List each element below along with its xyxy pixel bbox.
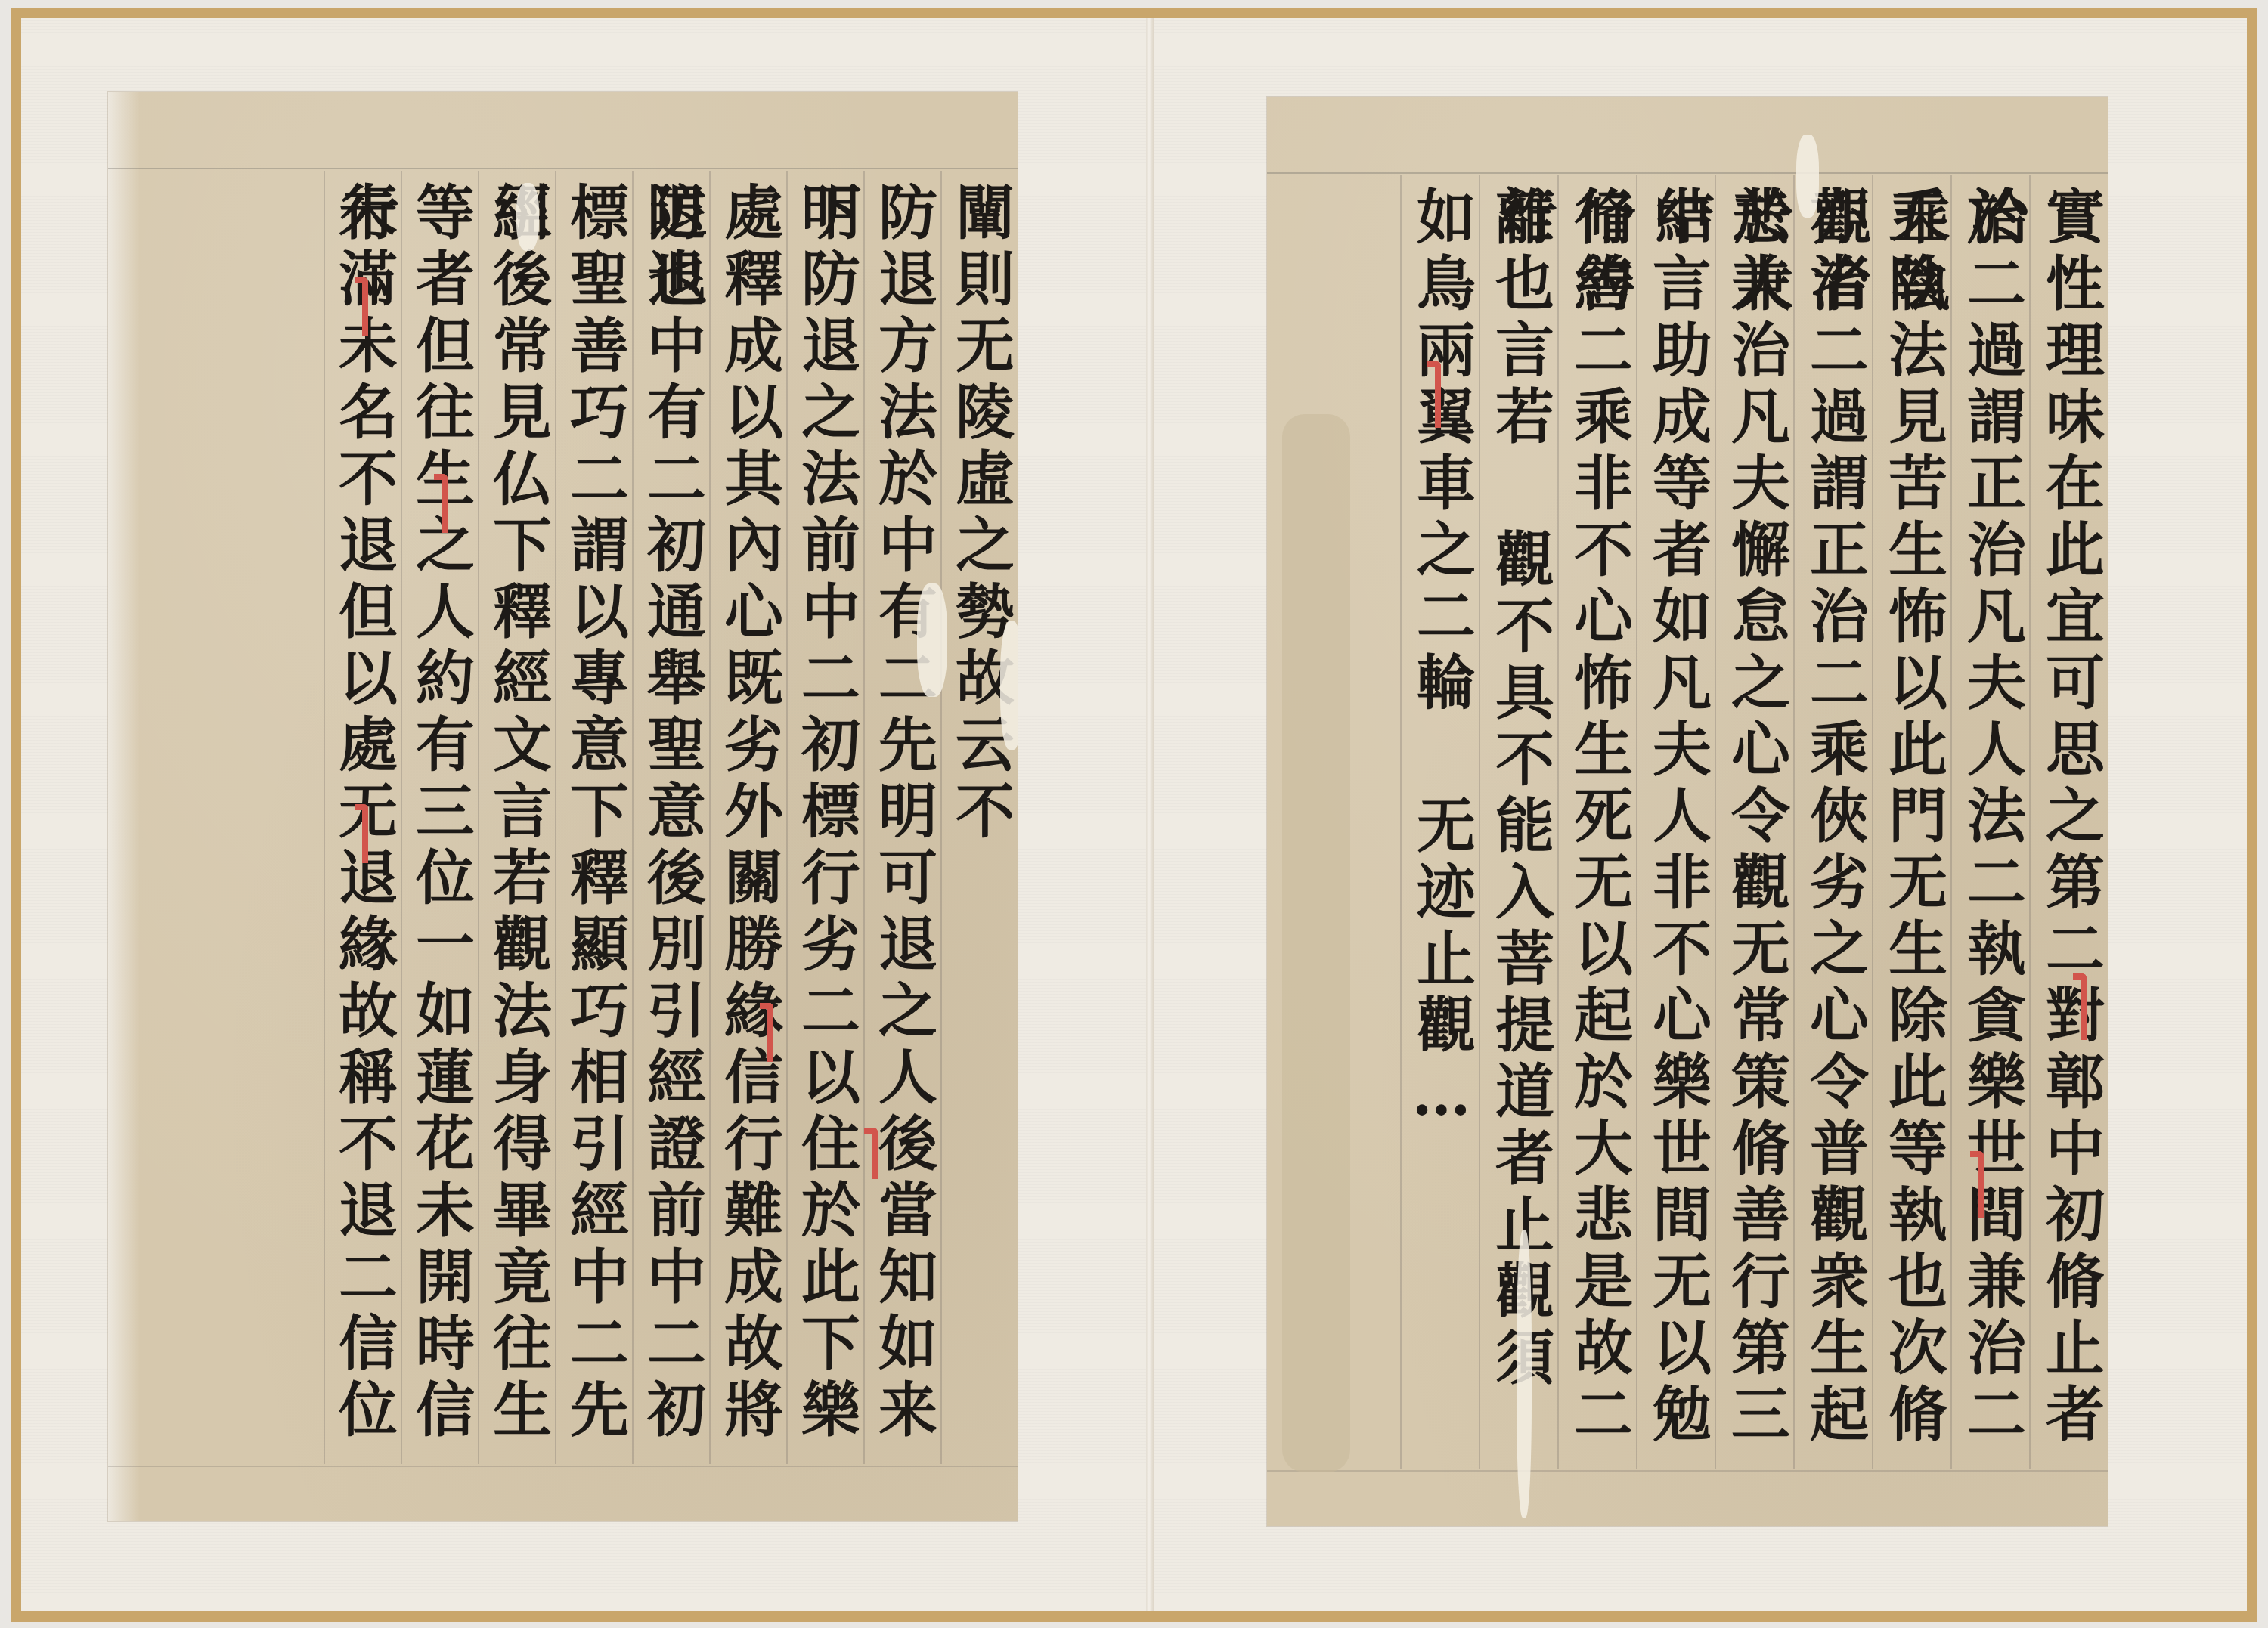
red-punctuation-mark — [355, 804, 368, 863]
paper-damage-stain — [516, 183, 539, 251]
red-punctuation-mark — [2073, 973, 2087, 1040]
text-column-1: 闡則无陵虛之勢故云不 — [940, 171, 1018, 1464]
text-column-4: 亦治二過謂正治二乘俠劣之心令普觀衆生起於大 — [1793, 175, 1872, 1469]
text-columns: 實性理味在此宜可思之第二對鄣中初脩止者治 於二過謂正治凡夫人法二執貪樂世間兼治二… — [1267, 175, 2108, 1469]
left-manuscript-page: 闡則无陵虛之勢故云不 防退方法於中有二先明可退之人後當知如来下 明防退之法前中二… — [108, 92, 1018, 1521]
paper-damage-stain — [1796, 135, 1819, 218]
text-column-3: 明防退之法前中二初標行劣二以住於此下樂 — [786, 171, 863, 1464]
ruled-bottom-line — [108, 1466, 1018, 1467]
text-column-2: 於二過謂正治凡夫人法二執貪樂世間兼治二乘執 — [1950, 175, 2029, 1469]
text-column-7: 經後常見仏下釋經文言若觀法身得畢竟往生 — [478, 171, 555, 1464]
red-punctuation-mark — [1970, 1151, 1984, 1218]
text-column-7: 行約二乘非不心怖生死无以起於大悲是故二行 — [1557, 175, 1636, 1469]
text-column-1: 實性理味在此宜可思之第二對鄣中初脩止者治 — [2029, 175, 2108, 1469]
ruled-top-line — [108, 168, 1018, 169]
ruled-top-line — [1267, 172, 2108, 174]
text-columns: 闡則无陵虛之勢故云不 防退方法於中有二先明可退之人後當知如来下 明防退之法前中二… — [108, 171, 1018, 1464]
ruled-bottom-line — [1267, 1470, 2108, 1472]
paper-damage-stain — [917, 583, 947, 697]
red-punctuation-mark — [355, 277, 368, 336]
text-column-8: 等者但往生之人約有三位一如蓮花未開時信行 — [401, 171, 478, 1464]
center-fold — [1146, 18, 1154, 1611]
text-column-2: 防退方法於中有二先明可退之人後當知如来下 — [863, 171, 940, 1464]
paper-damage-stain — [1517, 1230, 1532, 1518]
text-column-3: 五陰法見苦生怖以此門无生除此等執也次脩觀者 — [1872, 175, 1950, 1469]
red-punctuation-mark — [864, 1128, 878, 1179]
text-column-4: 處釋成以其內心既劣外關勝緣信行難成故將退也 — [709, 171, 786, 1464]
paper-damage-stain — [1000, 621, 1018, 750]
paper-damage-stain — [1282, 414, 1350, 1472]
text-column-6: 標聖善巧二謂以專意下釋顯巧相引經中二先引 — [555, 171, 632, 1464]
text-column-5: 悲兼治凡夫懈怠之心令觀无常策脩善行第三結 — [1715, 175, 1793, 1469]
red-punctuation-mark — [760, 1003, 773, 1062]
red-punctuation-mark — [1427, 361, 1441, 428]
right-manuscript-page: 實性理味在此宜可思之第二對鄣中初脩止者治 於二過謂正治凡夫人法二執貪樂世間兼治二… — [1267, 97, 2108, 1526]
text-column-5: 防退中有二初通舉聖意後別引經證前中二初 — [632, 171, 709, 1464]
red-punctuation-mark — [434, 474, 448, 533]
text-column-6: 中言助成等者如凡夫人非不心樂世間无以勉脩善 — [1636, 175, 1715, 1469]
